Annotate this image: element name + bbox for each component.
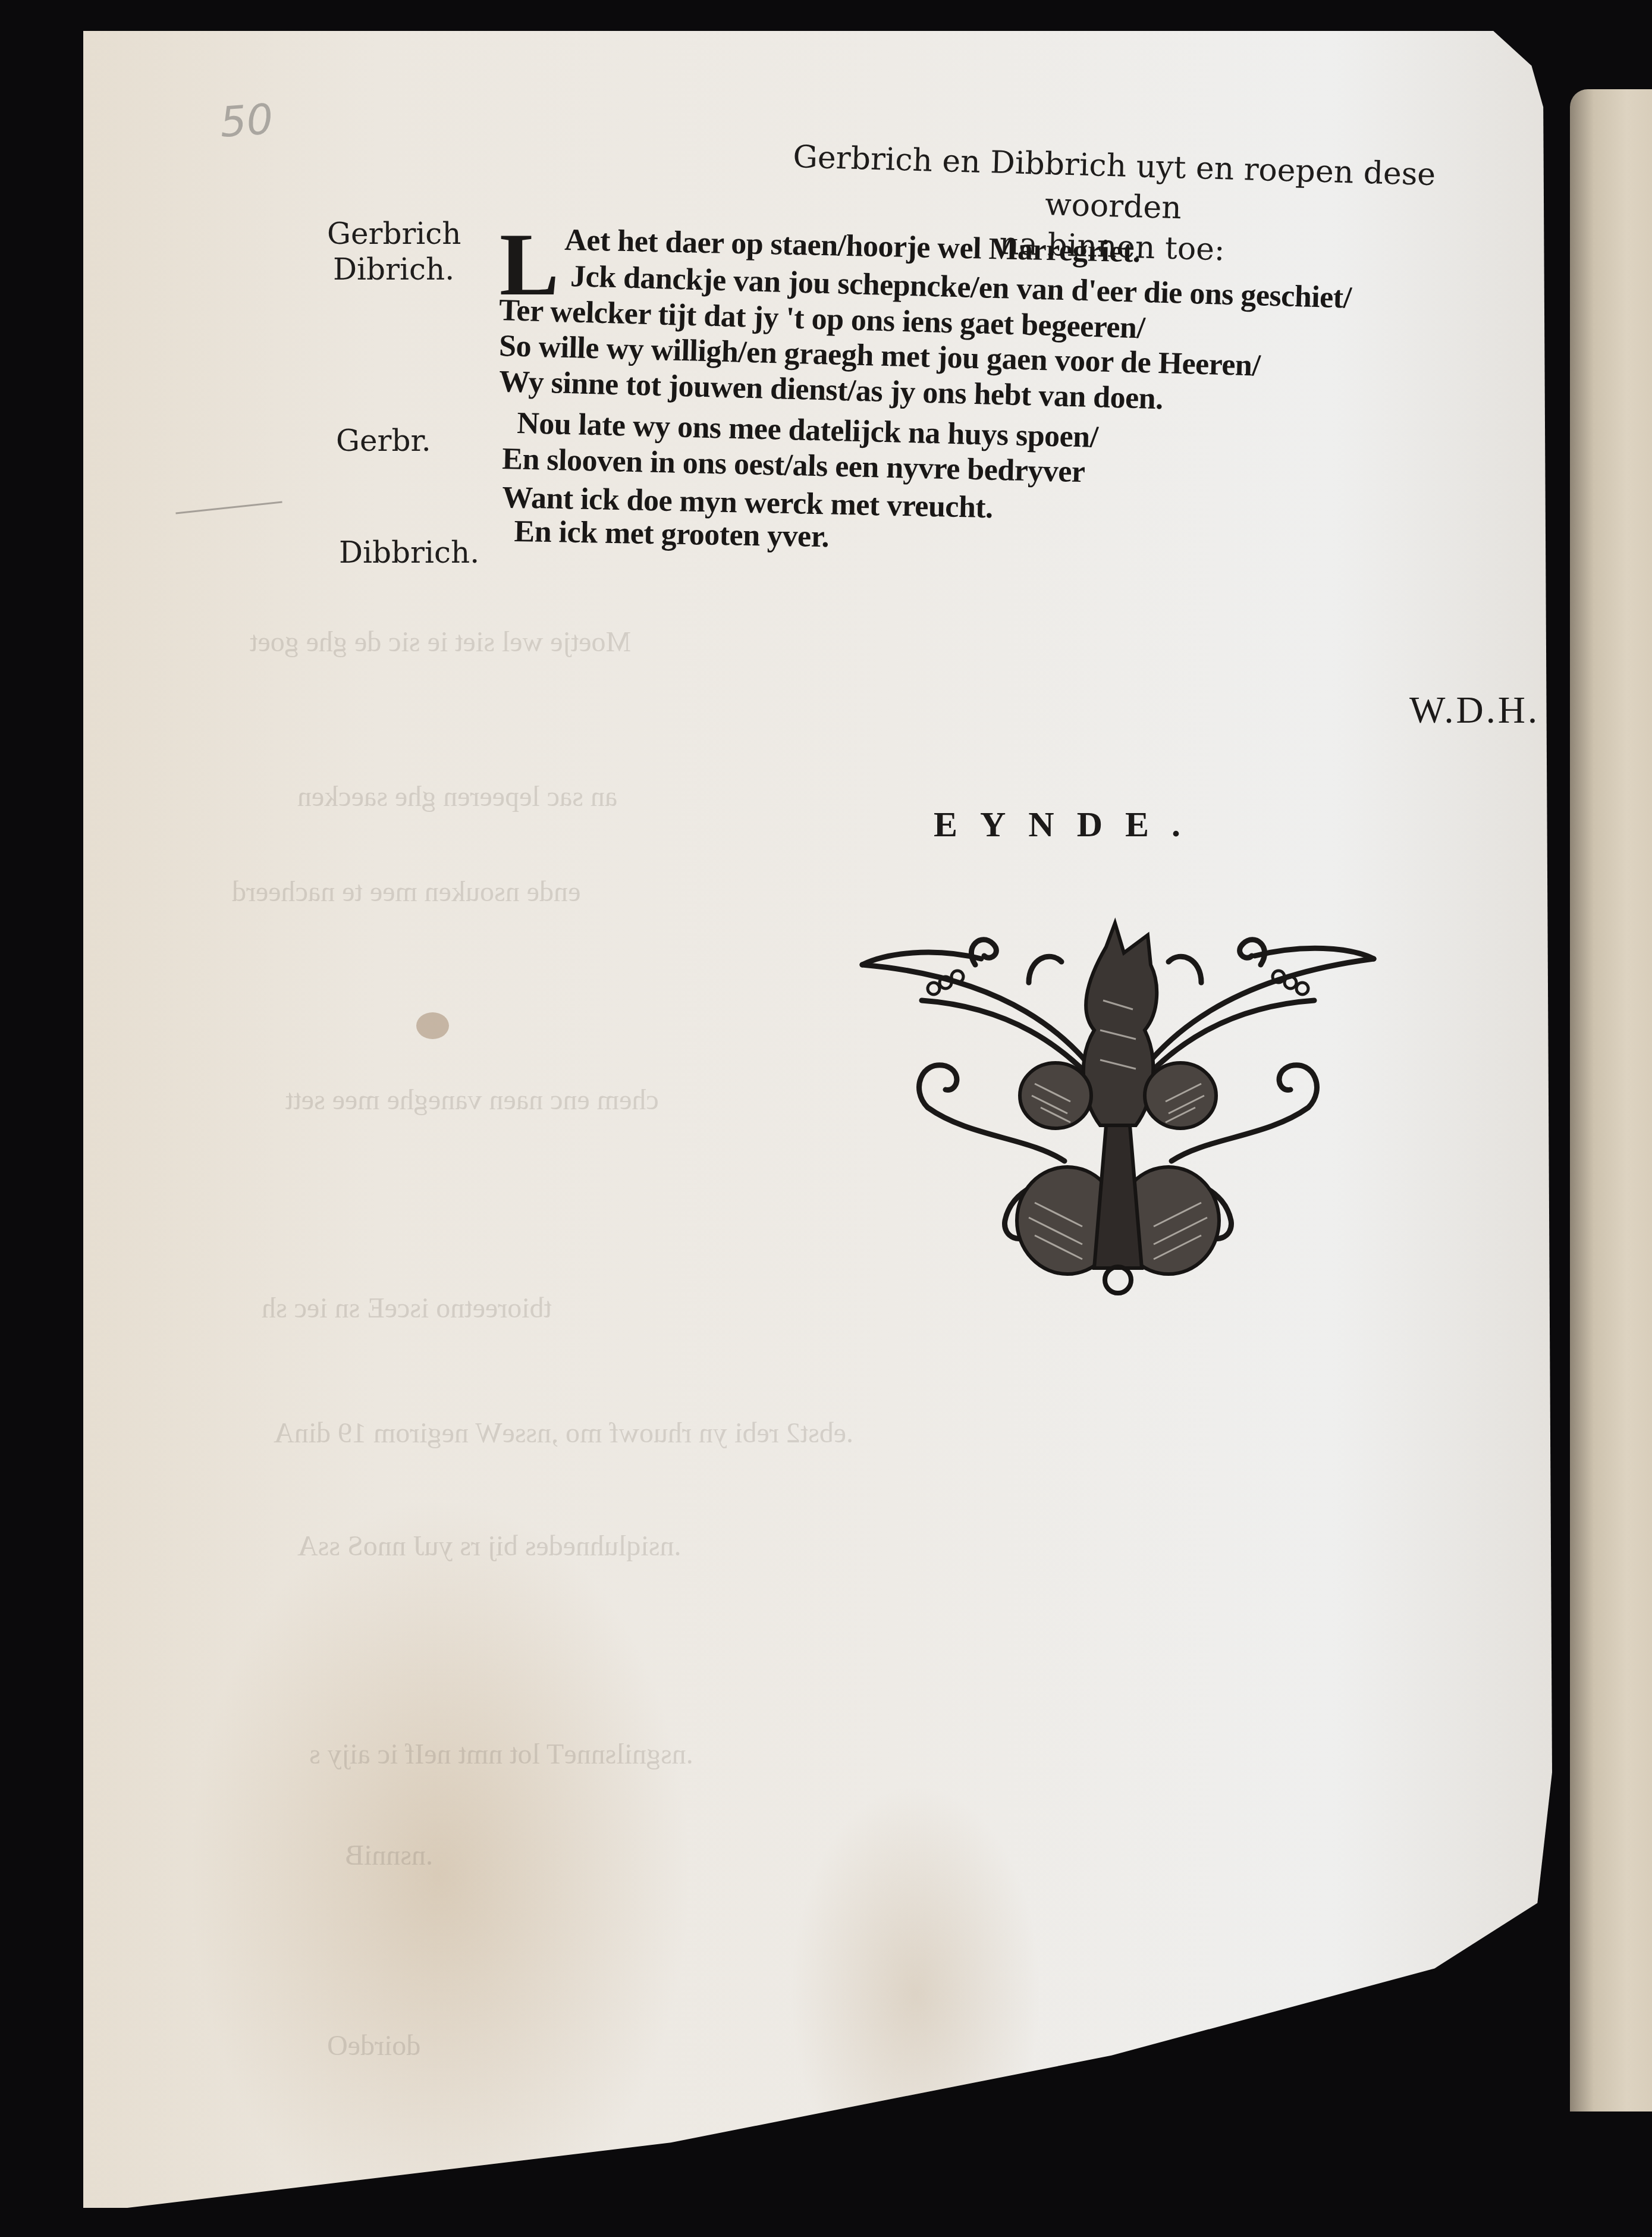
facing-page-edge <box>1570 89 1652 2111</box>
show-through-text: .nsnniB <box>345 1839 433 1872</box>
speaker-label: Dibrich. <box>333 252 454 287</box>
show-through-text: chem enc naen vaneghe mee sett <box>285 1084 659 1116</box>
show-through-text: .nsiqluhnedes bij rs yuJ nnoS ssA <box>297 1530 681 1563</box>
show-through-text: .ebst2 rebi yn rhuowf mo ,nsseW negirom … <box>274 1417 853 1449</box>
show-through-text: ende nsouken mee te nacheerd <box>232 876 580 908</box>
show-through-text: Moetje wel siet ie sic de ghe goet <box>250 626 631 658</box>
pencil-folio-number: 50 <box>218 95 275 147</box>
show-through-text: an sac lepeeren ghe saecken <box>297 780 617 813</box>
show-through-text: doirdeO <box>327 2029 420 2062</box>
show-through-text: tbioreetno isceE sn iec sh <box>262 1292 552 1325</box>
show-through-text: .nsgnilsnneT lot nmt neIf ic aijy s <box>309 1738 693 1771</box>
speaker-label: Gerbr. <box>336 423 431 458</box>
pencil-stroke <box>175 501 282 514</box>
foxing-stain <box>416 1012 449 1039</box>
heading-line-1: Gerbrich en Dibbrich uyt en roepen dese … <box>793 139 1436 226</box>
author-initials: W.D.H. <box>1409 688 1540 732</box>
woodcut-fox-ornament-icon <box>850 911 1386 1298</box>
verse-line: En ick met grooten yver. <box>514 514 830 554</box>
end-title: EYNDE. <box>934 804 1203 845</box>
speaker-label: Gerbrich <box>327 217 461 251</box>
book-page: Moetje wel siet ie sic de ghe goet an sa… <box>83 31 1552 2208</box>
speaker-label: Dibbrich. <box>339 535 479 570</box>
